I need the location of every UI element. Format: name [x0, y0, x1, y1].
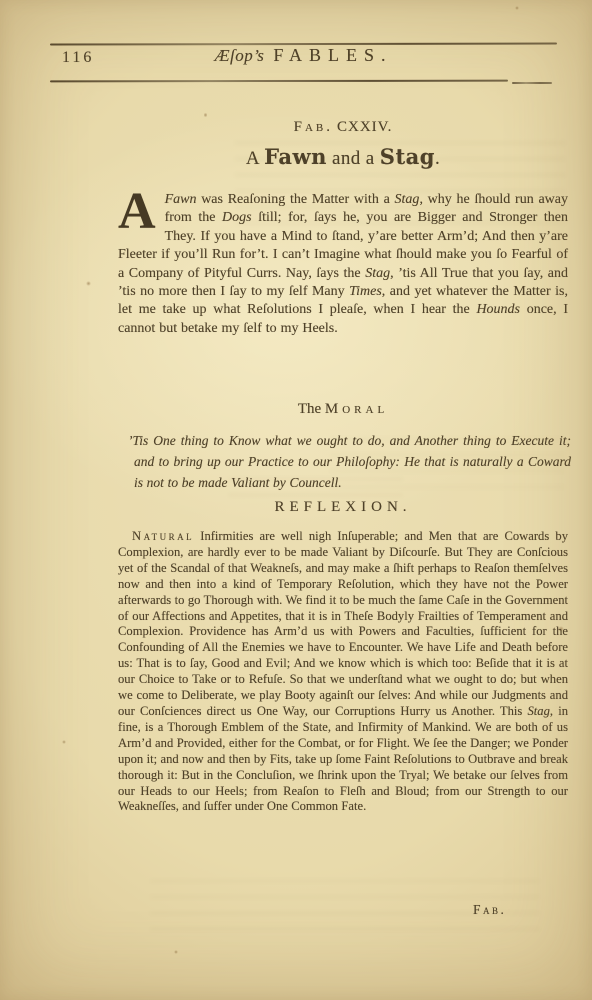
foxing-spot — [204, 112, 207, 118]
header-rule-fragment — [512, 82, 552, 84]
fable-number-heading: Fab.CXXIV. — [118, 119, 568, 136]
fable-body-text: Fawn was Reaſoning the Matter with a Sta… — [118, 192, 568, 336]
foxing-spot — [174, 950, 178, 954]
book-page-scan: 116 Æſop’sFABLES. Fab.CXXIV. A Fawn and … — [0, 0, 592, 1000]
fable-number-label: Fab. — [294, 119, 333, 135]
foxing-spot — [86, 281, 91, 286]
header-rule-bottom — [50, 80, 508, 83]
foxing-spot — [515, 6, 519, 10]
running-title: Æſop’sFABLES. — [50, 45, 557, 66]
reflexion-body-paragraph: Natural Infirmities are well nigh Inſupe… — [118, 529, 568, 815]
fable-body-paragraph: AFawn was Reaſoning the Matter with a St… — [118, 191, 568, 338]
fable-number-roman: CXXIV. — [337, 119, 392, 135]
catchword: Fab. — [473, 902, 506, 918]
moral-heading-word: Moral — [325, 401, 388, 417]
drop-cap: A — [118, 191, 165, 229]
moral-heading-prefix: The — [298, 401, 321, 417]
foxing-spot — [62, 740, 66, 744]
fable-title: A Fawn and a Stag. — [118, 144, 568, 170]
reflexion-heading: REFLEXION. — [118, 499, 568, 516]
running-title-author: Æſop’s — [214, 46, 264, 65]
moral-text: ’Tis One thing to Know what we ought to … — [134, 430, 571, 493]
running-title-caps: FABLES. — [273, 45, 392, 65]
moral-heading: The Moral — [118, 401, 568, 418]
